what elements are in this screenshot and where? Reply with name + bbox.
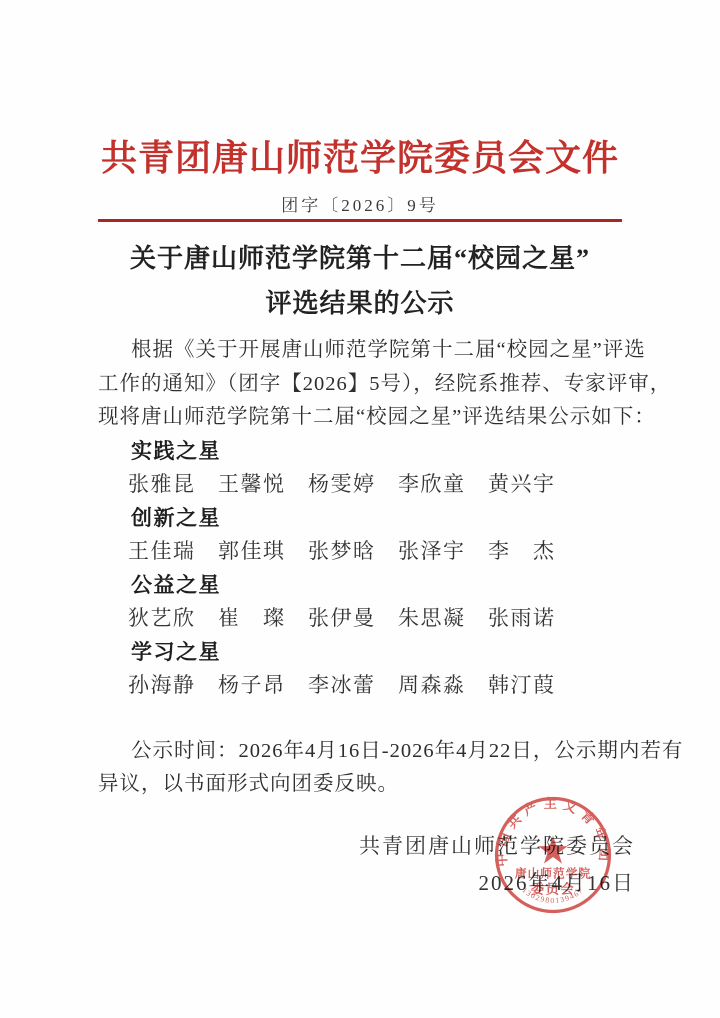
category-public-welfare: 公益之星 狄艺欣 崔 璨 张伊曼 朱思凝 张雨诺 bbox=[98, 569, 622, 636]
notice-line: 公示时间：2026年4月16日-2026年4月22日，公示期内若有 bbox=[98, 735, 622, 769]
signature-org: 共青团唐山师范学院委员会 bbox=[359, 828, 635, 865]
document-page: 共青团唐山师范学院委员会文件 团字〔2026〕9号 关于唐山师范学院第十二届“校… bbox=[0, 0, 720, 1018]
document-header-title: 共青团唐山师范学院委员会文件 bbox=[98, 136, 622, 180]
document-body: 共青团唐山师范学院委员会文件 团字〔2026〕9号 关于唐山师范学院第十二届“校… bbox=[98, 136, 622, 802]
signature-date: 2026年4月16日 bbox=[359, 865, 635, 902]
category-list: 实践之星 张雅昆 王馨悦 杨雯婷 李欣童 黄兴宇 创新之星 王佳瑞 郭佳琪 张梦… bbox=[98, 435, 622, 703]
category-innovation: 创新之星 王佳瑞 郭佳琪 张梦晗 张泽宇 李 杰 bbox=[98, 502, 622, 569]
category-names: 孙海静 杨子昂 李冰蕾 周森淼 韩汀葭 bbox=[98, 669, 622, 703]
intro-line: 根据《关于开展唐山师范学院第十二届“校园之星”评选 bbox=[98, 334, 622, 368]
category-practice: 实践之星 张雅昆 王馨悦 杨雯婷 李欣童 黄兴宇 bbox=[98, 435, 622, 502]
category-label: 公益之星 bbox=[98, 569, 622, 603]
intro-line: 工作的通知》（团字【2026】5号），经院系推荐、专家评审， bbox=[98, 368, 622, 402]
document-title-line1: 关于唐山师范学院第十二届“校园之星” bbox=[98, 236, 622, 281]
intro-line: 现将唐山师范学院第十二届“校园之星”评选结果公示如下： bbox=[98, 401, 622, 435]
red-separator-line bbox=[98, 219, 622, 222]
document-title-line2: 评选结果的公示 bbox=[98, 281, 622, 326]
category-label: 实践之星 bbox=[98, 435, 622, 469]
category-label: 学习之星 bbox=[98, 636, 622, 670]
category-names: 王佳瑞 郭佳琪 张梦晗 张泽宇 李 杰 bbox=[98, 535, 622, 569]
signature-block: 共青团唐山师范学院委员会 2026年4月16日 bbox=[359, 828, 635, 902]
notice-line: 异议，以书面形式向团委反映。 bbox=[98, 768, 622, 802]
category-study: 学习之星 孙海静 杨子昂 李冰蕾 周森淼 韩汀葭 bbox=[98, 636, 622, 703]
category-names: 张雅昆 王馨悦 杨雯婷 李欣童 黄兴宇 bbox=[98, 468, 622, 502]
category-label: 创新之星 bbox=[98, 502, 622, 536]
document-title: 关于唐山师范学院第十二届“校园之星” 评选结果的公示 bbox=[98, 236, 622, 326]
category-names: 狄艺欣 崔 璨 张伊曼 朱思凝 张雨诺 bbox=[98, 602, 622, 636]
document-number: 团字〔2026〕9号 bbox=[98, 196, 622, 216]
intro-paragraph: 根据《关于开展唐山师范学院第十二届“校园之星”评选 工作的通知》（团字【2026… bbox=[98, 334, 622, 435]
notice-paragraph: 公示时间：2026年4月16日-2026年4月22日，公示期内若有 异议，以书面… bbox=[98, 735, 622, 802]
